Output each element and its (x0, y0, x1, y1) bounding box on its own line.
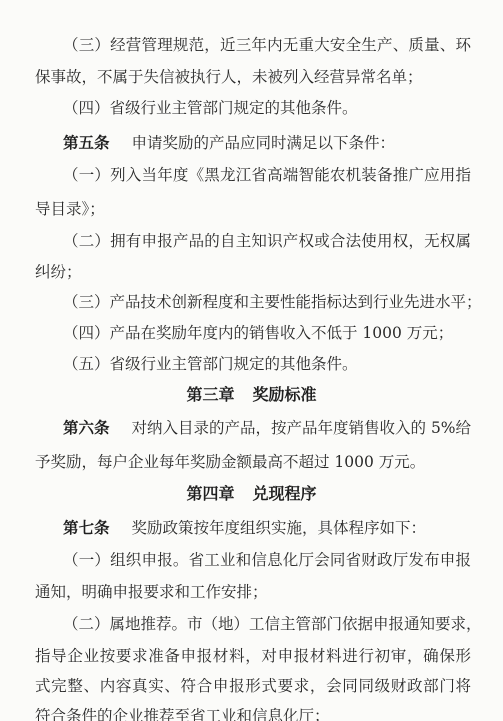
paragraph-line: 通知，明确申报要求和工作安排； (35, 582, 471, 602)
paragraph-line: （五）省级行业主管部门规定的其他条件。 (63, 354, 471, 374)
article-7: 第七条奖励政策按年度组织实施，具体程序如下： (63, 518, 471, 538)
paragraph-line: 式完整、内容真实、符合申报形式要求，会同同级财政部门将 (35, 676, 471, 696)
paragraph-line: （一）组织申报。省工业和信息化厅会同省财政厅发布申报 (63, 550, 471, 570)
paragraph-line: 符合条件的企业推荐至省工业和信息化厅； (35, 706, 471, 721)
paragraph-line: （四）产品在奖励年度内的销售收入不低于 1000 万元； (63, 323, 471, 343)
article-text: 申请奖励的产品应同时满足以下条件： (132, 134, 396, 152)
paragraph-line: 保事故，不属于失信被执行人，未被列入经营异常名单； (35, 67, 471, 87)
article-5: 第五条申请奖励的产品应同时满足以下条件： (63, 133, 471, 153)
article-6: 第六条对纳入目录的产品，按产品年度销售收入的 5%给 (63, 418, 471, 438)
article-text: 奖励政策按年度组织实施，具体程序如下： (132, 519, 427, 537)
chapter-title: 奖励标准 (253, 385, 317, 404)
paragraph-line: 指导企业按要求准备申报材料，对申报材料进行初审，确保形 (35, 646, 471, 666)
paragraph-line: （一）列入当年度《黑龙江省高端智能农机装备推广应用指 (63, 165, 471, 185)
paragraph-line: （三）经营管理规范，近三年内无重大安全生产、质量、环 (63, 35, 471, 55)
article-text: 对纳入目录的产品，按产品年度销售收入的 5%给 (132, 419, 472, 437)
paragraph-line: （三）产品技术创新程度和主要性能指标达到行业先进水平； (63, 292, 471, 312)
chapter-label: 第三章 (186, 385, 234, 404)
article-label: 第六条 (63, 419, 110, 437)
paragraph-line: 导目录》； (35, 199, 471, 219)
paragraph-line: 纠纷； (35, 262, 471, 282)
chapter-label: 第四章 (186, 484, 234, 503)
article-label: 第五条 (63, 134, 110, 152)
chapter-heading: 第三章奖励标准 (0, 385, 503, 405)
paragraph-line: 予奖励，每户企业每年奖励金额最高不超过 1000 万元。 (35, 452, 471, 472)
chapter-title: 兑现程序 (253, 484, 317, 503)
paragraph-line: （二）属地推荐。市（地）工信主管部门依据申报通知要求， (63, 614, 471, 634)
chapter-heading: 第四章兑现程序 (0, 484, 503, 504)
document-page: （三）经营管理规范，近三年内无重大安全生产、质量、环 保事故，不属于失信被执行人… (0, 0, 503, 721)
paragraph-line: （四）省级行业主管部门规定的其他条件。 (63, 98, 471, 118)
article-label: 第七条 (63, 519, 110, 537)
paragraph-line: （二）拥有申报产品的自主知识产权或合法使用权，无权属 (63, 231, 471, 251)
